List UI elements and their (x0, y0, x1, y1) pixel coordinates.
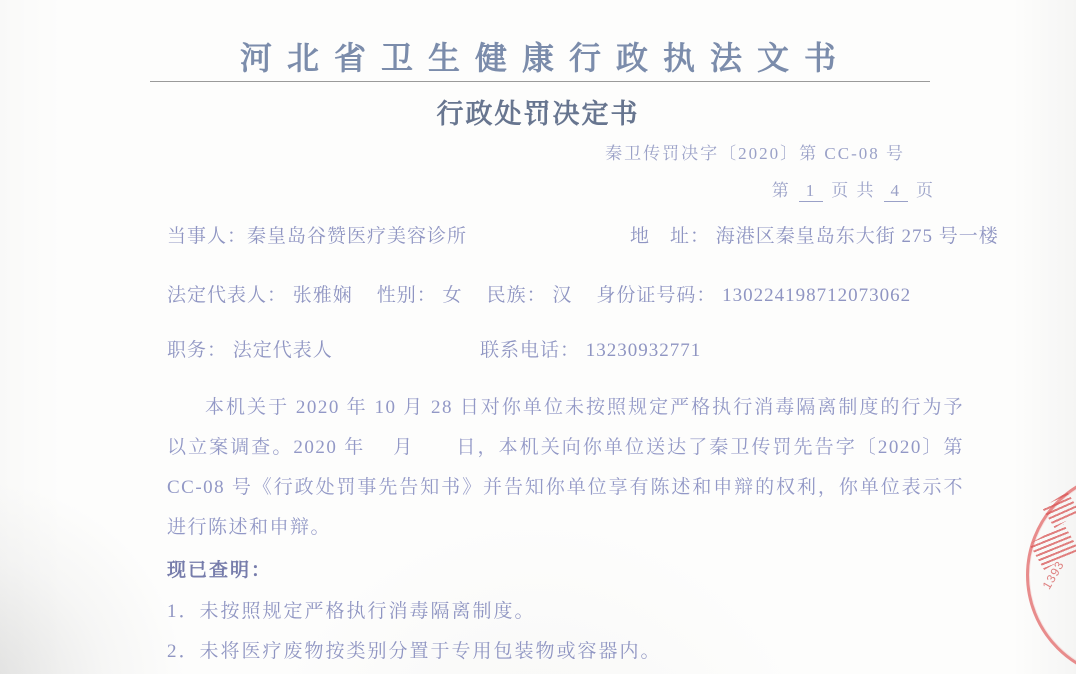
findings-heading: 现已查明： (167, 555, 272, 582)
phone-group: 联系电话： 13230932771 (480, 335, 701, 362)
legal-representative-row: 法定代表人： 张雅娴 性别： 女 民族： 汉 身份证号码： 1302241987… (167, 280, 962, 307)
legal-rep-label: 法定代表人： (167, 285, 287, 306)
page-suffix: 页 (916, 181, 935, 200)
id-number-value: 130224198712073062 (722, 285, 911, 306)
page-prefix: 第 (772, 181, 791, 200)
ethnicity-group: 民族： 汉 (487, 280, 573, 307)
party-name: 秦皇岛谷赞医疗美容诊所 (247, 221, 467, 248)
id-number-group: 身份证号码： 130224198712073062 (596, 280, 911, 307)
address-value: 海港区秦皇岛东大街 275 号一楼 (716, 226, 999, 247)
legal-rep-group: 法定代表人： 张雅娴 (167, 280, 353, 307)
address-group: 地 址： 海港区秦皇岛东大街 275 号一楼 (630, 221, 999, 248)
current-page-number: 1 (799, 181, 823, 202)
legal-rep-name: 张雅娴 (293, 285, 353, 306)
phone-value: 13230932771 (586, 340, 702, 361)
position-label: 职务： (167, 340, 227, 361)
gender-label: 性别： (377, 285, 437, 306)
position-group: 职务： 法定代表人 (167, 340, 333, 361)
case-body-paragraph: 本机关于 2020 年 10 月 28 日对你单位未按照规定严格执行消毒隔离制度… (167, 388, 964, 548)
total-page-number: 4 (884, 181, 908, 202)
phone-label: 联系电话： (480, 340, 580, 361)
finding-item-2: 2．未将医疗废物按类别分置于专用包装物或容器内。 (167, 636, 662, 663)
ethnicity-label: 民族： (487, 285, 547, 306)
gender-group: 性别： 女 (377, 280, 463, 307)
ethnicity-value: 汉 (552, 285, 572, 306)
id-number-label: 身份证号码： (596, 285, 716, 306)
page-middle: 页 共 (831, 181, 875, 200)
gender-value: 女 (443, 285, 463, 306)
address-label: 地 址： (630, 226, 710, 247)
party-row: 当事人： 秦皇岛谷赞医疗美容诊所 地 址： 海港区秦皇岛东大街 275 号一楼 (167, 221, 962, 248)
party-label: 当事人： (167, 221, 247, 248)
document-number: 秦卫传罚决字〔2020〕第 CC-08 号 (605, 139, 905, 164)
header-divider (150, 81, 930, 82)
document-subtitle: 行政处罚决定书 (0, 92, 1076, 131)
partial-red-seal: 1393 (1026, 470, 1076, 674)
page-number-line: 第 1 页 共 4 页 (772, 176, 935, 202)
position-value: 法定代表人 (233, 340, 333, 361)
scanned-document-page: 河北省卫生健康行政执法文书 行政处罚决定书 秦卫传罚决字〔2020〕第 CC-0… (0, 0, 1076, 674)
position-row: 职务： 法定代表人 联系电话： 13230932771 (167, 335, 962, 362)
finding-item-1: 1．未按照规定严格执行消毒隔离制度。 (167, 596, 536, 623)
document-header-title: 河北省卫生健康行政执法文书 (0, 33, 1076, 79)
